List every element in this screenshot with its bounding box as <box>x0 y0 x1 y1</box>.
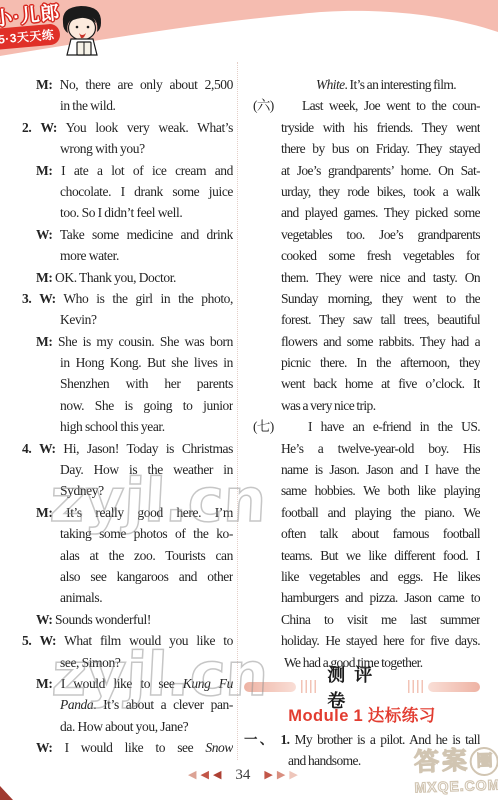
transcript-line: vegetables too. Joe’s grandparents <box>244 224 480 245</box>
item-number: 一、 <box>244 732 275 747</box>
transcript-line: chocolate. I drank some juice <box>20 181 233 202</box>
transcript-line: 2. W: You look very weak. What’s <box>20 117 233 138</box>
brand-logo: 小·儿郎 5·3天天练 <box>0 0 120 62</box>
speaker-label: W: <box>39 441 55 456</box>
page-navigation: ◀ ◀ ◀ 34 ▶ ▶ ▶ <box>186 765 300 785</box>
transcript-line: was a very nice trip. <box>244 395 480 416</box>
transcript-line: (七)I have an e-friend in the US. <box>244 416 480 437</box>
transcript-line: 3. W: Who is the girl in the photo, <box>20 288 233 309</box>
transcript-line: Shenzhen with her parents <box>20 373 233 394</box>
item-number: 4. <box>22 441 31 456</box>
next-page-icon: ▶ <box>277 765 285 785</box>
transcript-line: (六)Last week, Joe went to the coun- <box>244 95 480 116</box>
transcript-line: too. So I didn’t feel well. <box>20 202 233 223</box>
next-page-icon: ▶ <box>264 765 272 785</box>
transcript-line: He’s a twelve-year-old boy. His <box>244 438 480 459</box>
transcript-line: Kevin? <box>20 309 233 330</box>
transcript-line: 一、 1. My brother is a pilot. And he is t… <box>244 729 480 750</box>
prev-page-icon: ◀ <box>188 765 196 785</box>
transcript-line: them. They were nice and tasty. On <box>244 267 480 288</box>
transcript-line: forest. They saw tall trees, beautiful <box>244 309 480 330</box>
prev-page-icon: ◀ <box>213 765 221 785</box>
transcript-line: M: OK. Thank you, Doctor. <box>20 267 233 288</box>
transcript-line: at Joe’s grandparents’ home. On Sat- <box>244 160 480 181</box>
transcript-line: Day. How is the weather in <box>20 459 233 480</box>
transcript-line: 4. W: Hi, Jason! Today is Christmas <box>20 438 233 459</box>
transcript-line: We had a good time together. <box>244 652 480 673</box>
transcript-line: White. It’s an interesting film. <box>244 74 480 95</box>
page-number: 34 <box>235 767 250 784</box>
transcript-line: cooked some fresh vegetables for <box>244 245 480 266</box>
column-divider <box>237 62 238 760</box>
paragraph-label: (六) <box>253 95 274 116</box>
heading-ticks-left <box>301 680 316 693</box>
transcript-line: M: I would like to see Kung Fu <box>20 673 233 694</box>
transcript-line: hamburgers and pizza. Jason came to <box>244 587 480 608</box>
transcript-line: same hobbies. We both like playing <box>244 480 480 501</box>
transcript-line: now. She is going to junior <box>20 395 233 416</box>
transcript-line: taking some photos of the ko- <box>20 523 233 544</box>
item-number: 3. <box>22 291 31 306</box>
heading-bar-left <box>244 682 296 692</box>
speaker-label: M: <box>36 77 52 92</box>
next-page-icon: ▶ <box>289 765 297 785</box>
transcript-line: in the wild. <box>20 95 233 116</box>
transcript-line: W: Sounds wonderful! <box>20 609 233 630</box>
transcript-line: da. How about you, Jane? <box>20 716 233 737</box>
speaker-label: M: <box>36 334 52 349</box>
paragraph-label: (七) <box>253 416 274 437</box>
speaker-label: W: <box>40 633 56 648</box>
transcript-line: and played games. They picked some <box>244 202 480 223</box>
transcript-right-lines: White. It’s an interesting film.(六)Last … <box>244 74 480 673</box>
transcript-line: see, Simon? <box>20 652 233 673</box>
speaker-label: W: <box>36 227 52 242</box>
speaker-label: W: <box>40 120 56 135</box>
transcript-line: 5. W: What film would you like to <box>20 630 233 651</box>
transcript-line: football and playing the piano. We <box>244 502 480 523</box>
workbook-page: 小·儿郎 5·3天天练 M: No, there are only about … <box>0 0 498 800</box>
transcript-left-column: M: No, there are only about 2,500in the … <box>20 74 233 759</box>
transcript-line: more water. <box>20 245 233 266</box>
speaker-label: M: <box>36 163 52 178</box>
speaker-label: M: <box>36 270 52 285</box>
transcript-line: name is Jason. Jason and I have the <box>244 459 480 480</box>
transcript-line: also see kangaroos and other <box>20 566 233 587</box>
prev-page-icon: ◀ <box>200 765 208 785</box>
item-number: 2. <box>22 120 31 135</box>
transcript-line: urday, they rode bikes, took a walk <box>244 181 480 202</box>
speaker-label: 1. <box>280 732 289 747</box>
speaker-label: M: <box>36 676 52 691</box>
answer-site-url: MXQE.COM <box>414 775 498 796</box>
transcript-line: wrong with you? <box>20 138 233 159</box>
speaker-label: W: <box>36 740 52 755</box>
transcript-line: M: No, there are only about 2,500 <box>20 74 233 95</box>
transcript-right-column: White. It’s an interesting film.(六)Last … <box>244 74 480 772</box>
transcript-line: Sydney? <box>20 480 233 501</box>
test-section-heading: 测评卷 <box>244 676 480 698</box>
transcript-line: alas at the zoo. Tourists can <box>20 545 233 566</box>
transcript-line: there by bus on Friday. They stayed <box>244 138 480 159</box>
item-number: 5. <box>22 633 31 648</box>
transcript-line: Sunday morning, they went to the <box>244 288 480 309</box>
transcript-line: teams. But we like different food. I <box>244 545 480 566</box>
transcript-line: like vegetables and eggs. He likes <box>244 566 480 587</box>
transcript-line: Panda. It’s about a clever pan- <box>20 694 233 715</box>
transcript-line: holiday. He stayed here for five days. <box>244 630 480 651</box>
transcript-line: picnic there. In the afternoon, they <box>244 352 480 373</box>
transcript-line: high school this year. <box>20 416 233 437</box>
speaker-label: W: <box>36 612 52 627</box>
boy-mascot-icon <box>57 3 109 59</box>
transcript-line: went back home at five o’clock. It <box>244 373 480 394</box>
transcript-line: animals. <box>20 587 233 608</box>
transcript-line: often talk about famous football <box>244 523 480 544</box>
transcript-line: M: She is my cousin. She was born <box>20 331 233 352</box>
transcript-line: in Hong Kong. But she lives in <box>20 352 233 373</box>
module-title: Module 1 达标练习 <box>244 702 480 726</box>
speaker-label: M: <box>36 505 52 520</box>
transcript-line: W: Take some medicine and drink <box>20 224 233 245</box>
speaker-label: W: <box>39 291 55 306</box>
heading-ticks-right <box>408 680 423 693</box>
heading-bar-right <box>428 682 480 692</box>
transcript-line: M: It’s really good here. I’m <box>20 502 233 523</box>
brand-series-badge: 5·3天天练 <box>0 23 61 50</box>
transcript-line: China to visit me last summer <box>244 609 480 630</box>
transcript-line: W: I would like to see Snow <box>20 737 233 758</box>
transcript-line: tryside with his friends. They went <box>244 117 480 138</box>
transcript-line: flowers and some rabbits. They had a <box>244 331 480 352</box>
transcript-line: M: I ate a lot of ice cream and <box>20 160 233 181</box>
corner-mark <box>0 786 13 800</box>
